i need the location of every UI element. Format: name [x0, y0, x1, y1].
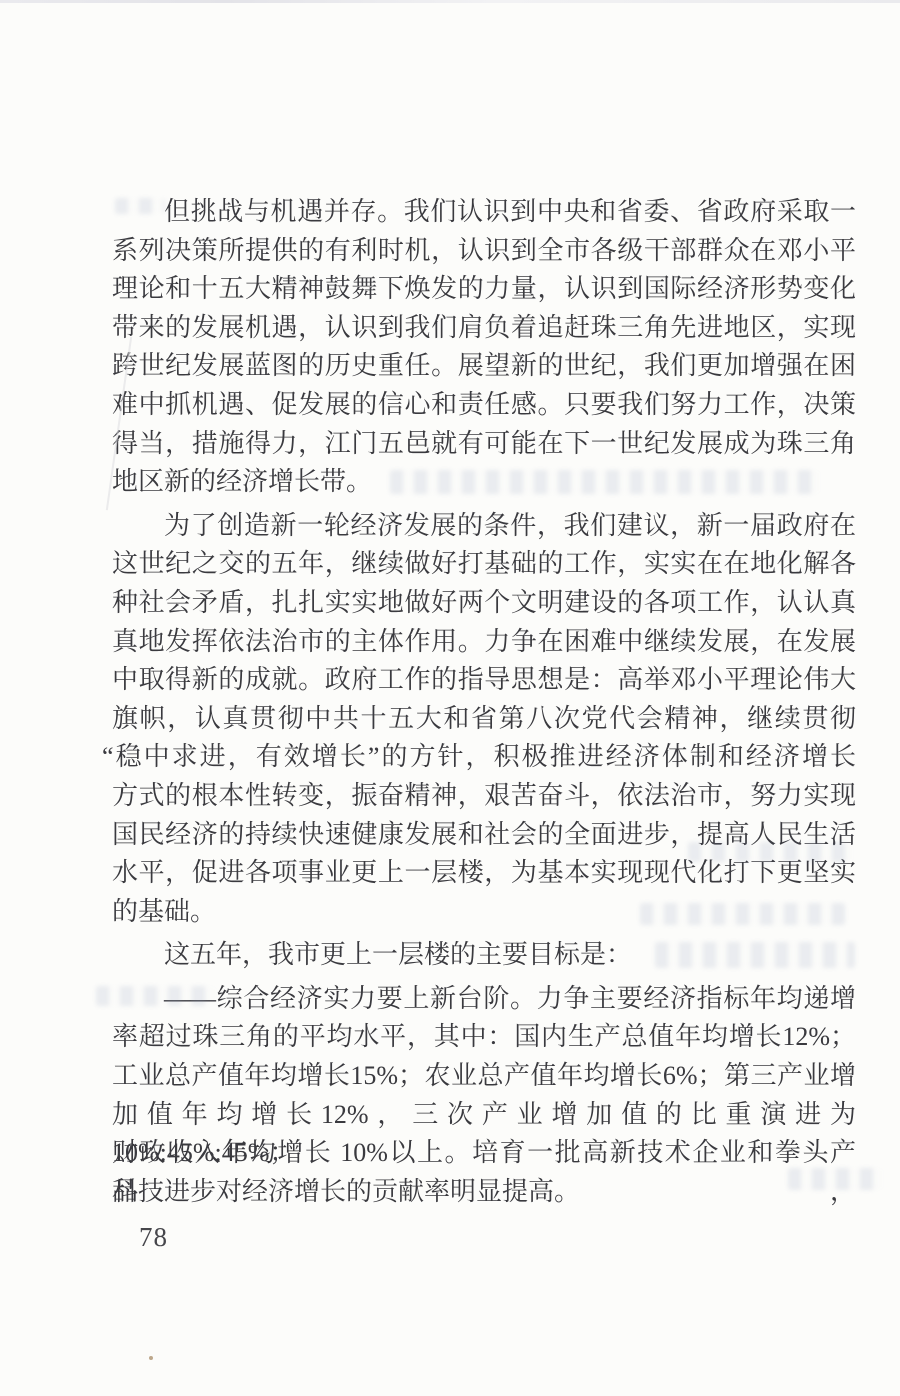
- text-line: 系列决策所提供的有利时机，认识到全市各级干部群众在邓小平: [112, 232, 856, 271]
- scan-edge-artifact: [0, 0, 900, 3]
- text-line: 种社会矛盾，扎扎实实地做好两个文明建设的各项工作，认认真: [112, 584, 856, 623]
- text-line: 得当，措施得力，江门五邑就有可能在下一世纪发展成为珠三角: [112, 425, 856, 464]
- text-line: 率超过珠三角的平均水平，其中：国内生产总值年均增长12%；: [112, 1018, 856, 1057]
- bleed-through-artifact: [96, 986, 216, 1006]
- text-line: “稳中求进，有效增长”的方针，积极推进经济体制和经济增长: [102, 738, 856, 777]
- text-line: 加值年均增长12%，三次产业增加值的比重演进为10%:45%:45%；: [112, 1096, 856, 1135]
- text-line: 带来的发展机遇，认识到我们肩负着追赶珠三角先进地区，实现: [112, 309, 856, 348]
- text-line: 难中抓机遇、促发展的信心和责任感。只要我们努力工作，决策: [112, 386, 856, 425]
- page-number: 78: [139, 1222, 168, 1253]
- text-line: 理论和十五大精神鼓舞下焕发的力量，认识到国际经济形势变化: [112, 270, 856, 309]
- bleed-through-artifact: [788, 1168, 883, 1190]
- paragraph-1: 但挑战与机遇并存。我们认识到中央和省委、省政府采取一 系列决策所提供的有利时机，…: [112, 193, 856, 502]
- text-line: 但挑战与机遇并存。我们认识到中央和省委、省政府采取一: [112, 193, 856, 232]
- text-line: 这世纪之交的五年，继续做好打基础的工作，实实在在地化解各: [112, 545, 856, 584]
- bleed-through-artifact: [655, 942, 855, 968]
- text-line: 工业总产值年均增长15%；农业总产值年均增长6%；第三产业增: [112, 1057, 856, 1096]
- text-line: ——综合经济实力要上新台阶。力争主要经济指标年均递增: [112, 980, 856, 1019]
- text-line: 旗帜，认真贯彻中共十五大和省第八次党代会精神，继续贯彻: [112, 700, 856, 739]
- bleed-through-artifact: [688, 842, 853, 862]
- paragraph-4: ——综合经济实力要上新台阶。力争主要经济指标年均递增 率超过珠三角的平均水平，其…: [112, 980, 856, 1212]
- scanned-page: 但挑战与机遇并存。我们认识到中央和省委、省政府采取一 系列决策所提供的有利时机，…: [0, 0, 900, 1396]
- bleed-through-artifact: [640, 903, 845, 925]
- bleed-through-artifact: [115, 198, 165, 214]
- bleed-through-artifact: [390, 470, 820, 494]
- body-text: 但挑战与机遇并存。我们认识到中央和省委、省政府采取一 系列决策所提供的有利时机，…: [112, 193, 856, 1211]
- paragraph-2: 为了创造新一轮经济发展的条件，我们建议，新一届政府在 这世纪之交的五年，继续做好…: [112, 507, 856, 932]
- text-line: 中取得新的成就。政府工作的指导思想是：高举邓小平理论伟大: [112, 661, 856, 700]
- text-line: 跨世纪发展蓝图的历史重任。展望新的世纪，我们更加增强在困: [112, 347, 856, 386]
- text-line: 真地发挥依法治市的主体作用。力争在困难中继续发展，在发展: [112, 623, 856, 662]
- text-line: 财政收入年均增长 10%以上。培育一批高新技术企业和拳头产品，: [112, 1134, 856, 1173]
- text-line: 方式的根本性转变，振奋精神，艰苦奋斗，依法治市，努力实现: [112, 777, 856, 816]
- text-line: 为了创造新一轮经济发展的条件，我们建议，新一届政府在: [112, 507, 856, 546]
- paper-speck-artifact: [149, 1356, 153, 1360]
